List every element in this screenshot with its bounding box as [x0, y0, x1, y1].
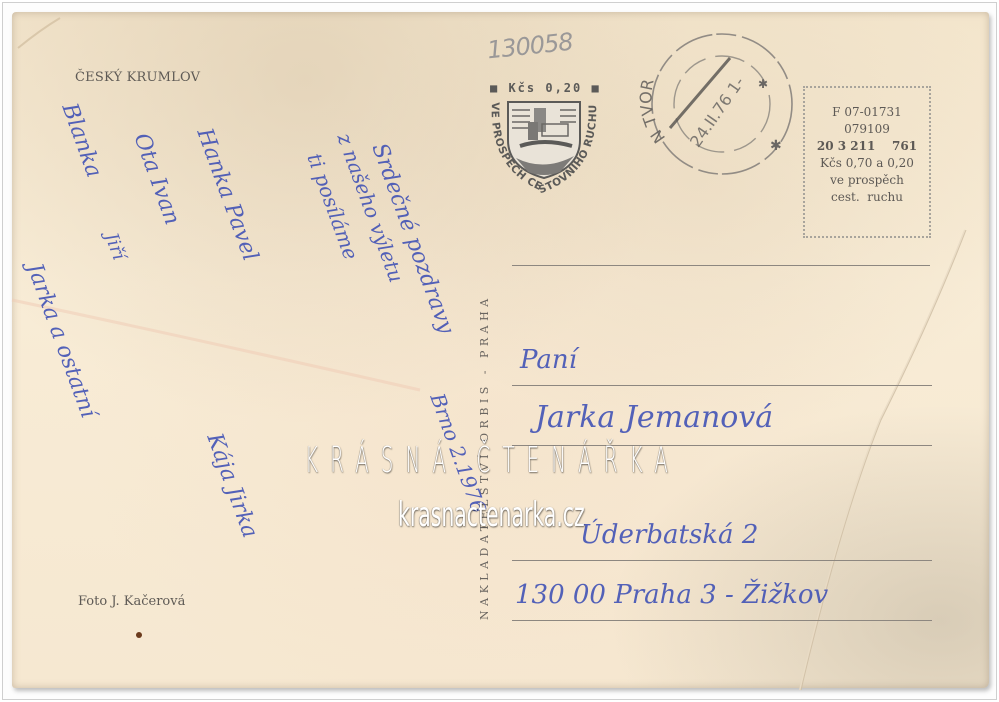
address-salutation: Paní: [520, 345, 577, 375]
postmark-icon: 24.II.76 1- N TVOR ✱ ✱: [630, 18, 800, 188]
ink-spot: [136, 632, 142, 638]
photo-credit: Foto J. Kačerová: [78, 594, 185, 609]
address-name: Jarka Jemanová: [535, 400, 773, 435]
stamp-area: F 07-01731 079109 20 3 211 761 Kčs 0,70 …: [803, 86, 931, 238]
stamp-line-1: F 07-01731: [805, 104, 929, 121]
stamp-line-4: Kčs 0,70 a 0,20: [805, 155, 929, 172]
place-title: ČESKÝ KRUMLOV: [75, 70, 200, 85]
svg-text:■ Kčs 0,20 ■: ■ Kčs 0,20 ■: [490, 81, 601, 95]
stamp-line-2: 079109: [805, 121, 929, 138]
stamp-line-5: ve prospěch: [805, 172, 929, 189]
address-city: 130 00 Praha 3 - Žižkov: [515, 580, 828, 610]
address-line-4: [512, 560, 932, 561]
address-line-5: [512, 620, 932, 621]
castle-shield-icon: ■ Kčs 0,20 ■ VE PROSPĚCH CESTOVNÍHO RUCH…: [480, 80, 610, 200]
address-line-2: [512, 385, 932, 386]
watermark-title: KRÁSNÁ ČTENÁŘKA: [305, 440, 680, 481]
svg-text:✱: ✱: [770, 138, 782, 154]
svg-text:✱: ✱: [758, 77, 768, 91]
watermark-url: krasnactenarka.cz: [398, 495, 585, 535]
stamp-line-6: cest. ruchu: [805, 189, 929, 206]
address-line-1: [512, 265, 930, 266]
stamp-line-3: 20 3 211 761: [805, 138, 929, 155]
svg-text:N TVOR: N TVOR: [636, 77, 669, 146]
address-street: Úderbatská 2: [580, 520, 758, 550]
svg-text:24.II.76 1-: 24.II.76 1-: [686, 73, 748, 151]
